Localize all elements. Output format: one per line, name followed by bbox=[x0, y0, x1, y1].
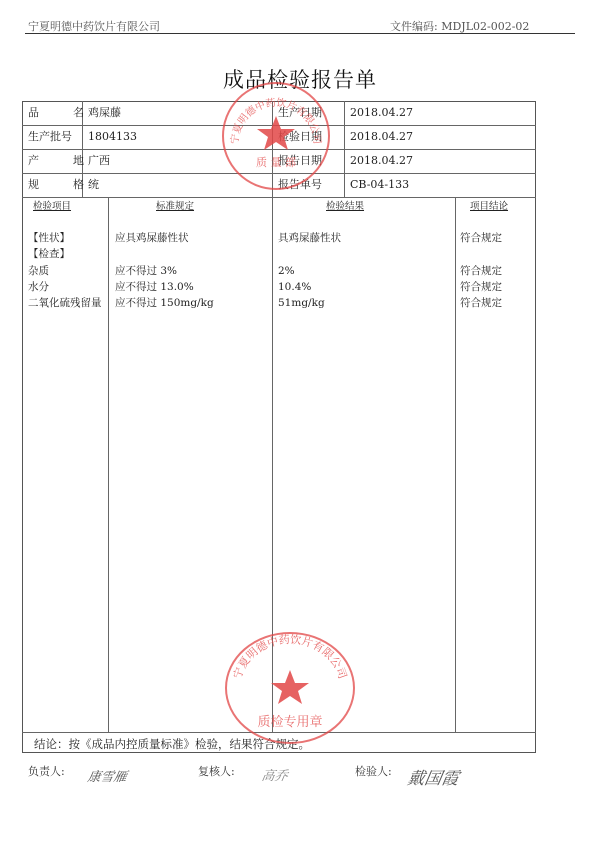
report-table bbox=[22, 101, 536, 753]
label-char: 规 bbox=[28, 178, 39, 192]
inspector-label: 检验人: bbox=[355, 763, 392, 779]
document-code: 文件编码: MDJL02-002-02 bbox=[390, 20, 529, 34]
row-divider bbox=[22, 732, 536, 733]
result-standard: 应不得过 13.0% bbox=[115, 280, 194, 294]
product-name-label: 品 名 bbox=[28, 106, 84, 120]
result-value: 51mg/kg bbox=[278, 296, 325, 310]
company-name: 宁夏明德中药饮片有限公司 bbox=[28, 20, 160, 34]
result-item: 杂质 bbox=[28, 264, 49, 278]
col-divider bbox=[272, 197, 273, 732]
result-item: 水分 bbox=[28, 280, 49, 294]
product-name-value: 鸡屎藤 bbox=[88, 106, 121, 120]
result-item: 【性状】 bbox=[28, 231, 70, 245]
col-divider bbox=[344, 101, 345, 198]
result-value: 10.4% bbox=[278, 280, 311, 294]
spec-value: 统 bbox=[88, 178, 99, 192]
label-char: 名 bbox=[73, 106, 84, 120]
label-char: 产 bbox=[28, 154, 39, 168]
label-char: 格 bbox=[73, 178, 84, 192]
result-value: 具鸡屎藤性状 bbox=[278, 231, 341, 245]
result-standard: 应具鸡屎藤性状 bbox=[115, 231, 189, 245]
result-conclusion: 符合规定 bbox=[460, 296, 502, 310]
header-divider bbox=[25, 33, 575, 34]
result-conclusion: 符合规定 bbox=[460, 280, 502, 294]
batch-label: 生产批号 bbox=[28, 130, 72, 144]
result-item: 【检查】 bbox=[28, 247, 70, 261]
spec-label: 规 格 bbox=[28, 178, 84, 192]
page-header: 宁夏明德中药饮片有限公司 文件编码: MDJL02-002-02 bbox=[0, 0, 600, 36]
conclusion-text: 结论：按《成品内控质量标准》检验，结果符合规定。 bbox=[34, 737, 310, 751]
result-standard: 应不得过 3% bbox=[115, 264, 177, 278]
label-char: 品 bbox=[28, 106, 39, 120]
responsible-label: 负责人: bbox=[28, 763, 65, 779]
production-date-value: 2018.04.27 bbox=[350, 106, 413, 120]
col-divider bbox=[272, 101, 273, 198]
row-divider bbox=[22, 149, 536, 150]
row-divider bbox=[22, 125, 536, 126]
inspection-date-value: 2018.04.27 bbox=[350, 130, 413, 144]
column-header-standard: 标准规定 bbox=[156, 200, 194, 214]
origin-value: 广西 bbox=[88, 154, 110, 168]
column-header-conclusion: 项目结论 bbox=[470, 200, 508, 214]
production-date-label: 生产日期 bbox=[278, 106, 322, 120]
report-date-value: 2018.04.27 bbox=[350, 154, 413, 168]
label-char: 地 bbox=[73, 154, 84, 168]
row-divider bbox=[22, 197, 536, 198]
result-standard: 应不得过 150mg/kg bbox=[115, 296, 214, 310]
report-number-label: 报告单号 bbox=[278, 178, 322, 192]
responsible-signature: 康雪雁 bbox=[86, 766, 128, 785]
reviewer-label: 复核人: bbox=[198, 763, 235, 779]
report-date-label: 报告日期 bbox=[278, 154, 322, 168]
origin-label: 产 地 bbox=[28, 154, 84, 168]
reviewer-signature: 高乔 bbox=[260, 765, 289, 784]
col-divider bbox=[455, 197, 456, 732]
inspector-signature: 戴国霞 bbox=[406, 764, 461, 789]
result-conclusion: 符合规定 bbox=[460, 264, 502, 278]
batch-value: 1804133 bbox=[88, 130, 137, 144]
result-item: 二氧化硫残留量 bbox=[28, 296, 102, 310]
column-header-result: 检验结果 bbox=[326, 200, 364, 214]
row-divider bbox=[22, 173, 536, 174]
result-conclusion: 符合规定 bbox=[460, 231, 502, 245]
inspection-date-label: 检验日期 bbox=[278, 130, 322, 144]
report-number-value: CB-04-133 bbox=[350, 178, 409, 192]
result-value: 2% bbox=[278, 264, 295, 278]
column-header-item: 检验项目 bbox=[33, 200, 71, 214]
col-divider bbox=[108, 197, 109, 732]
page-title: 成品检验报告单 bbox=[0, 64, 600, 94]
